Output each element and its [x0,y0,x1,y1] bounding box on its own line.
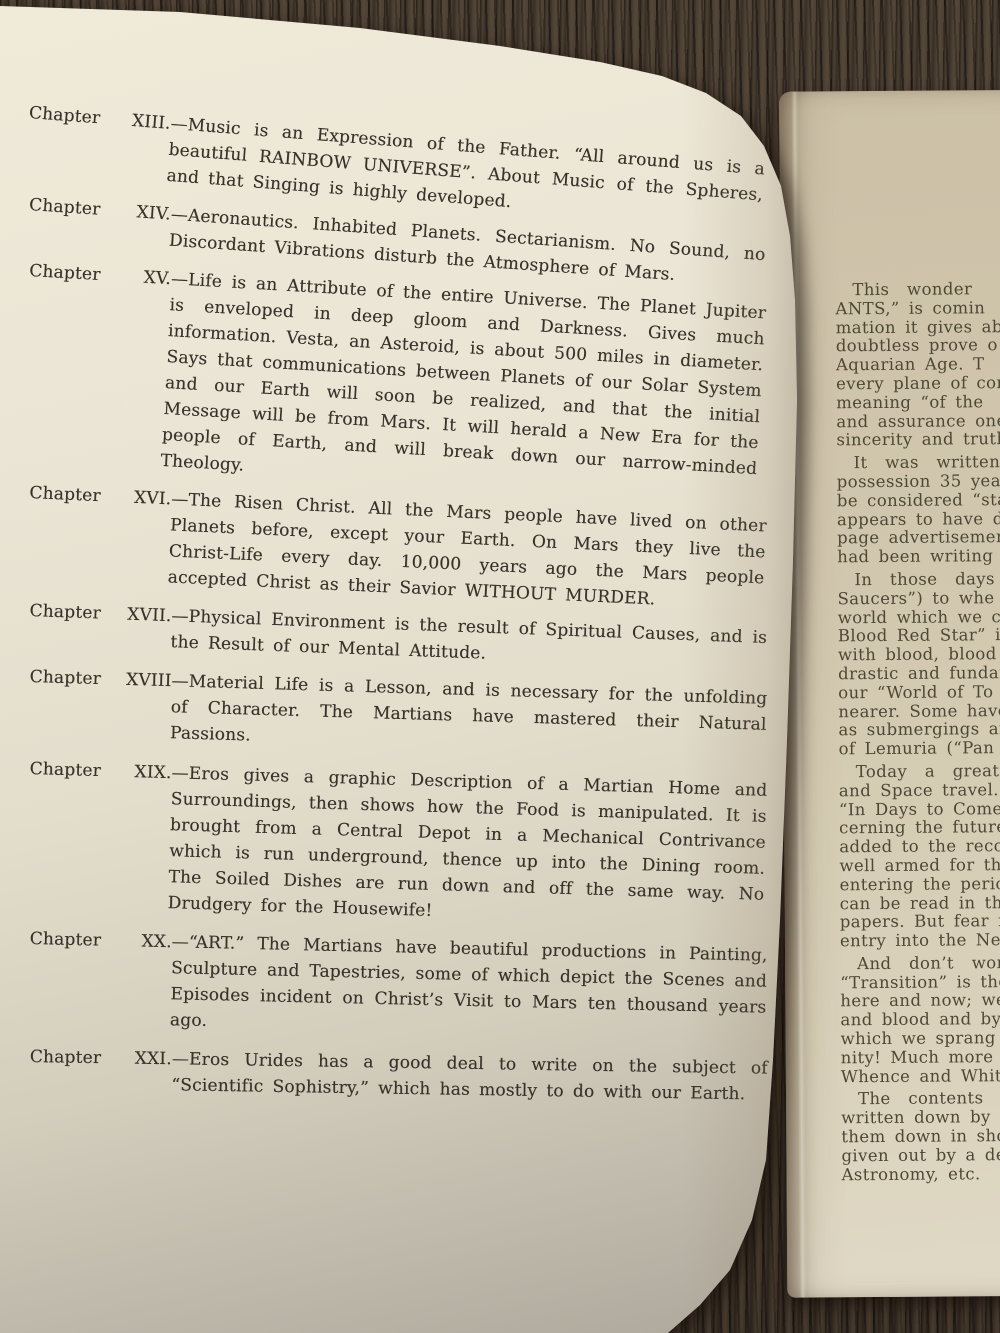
chapter-summary: Eros Urides has a good deal to write on … [171,1050,768,1105]
chapter-summary: Material Life is a Lesson, and is necess… [170,672,768,746]
left-page-wrap: ChapterXIII.—Music is an Expression of t… [0,0,1000,1333]
chapter-label: Chapter [28,100,106,132]
chapter-label: Chapter [29,664,106,692]
chapter-label: Chapter [29,756,106,784]
chapter-label: Chapter [29,598,106,627]
table-of-contents: ChapterXIII.—Music is an Expression of t… [30,100,768,1110]
chapter-summary: Eros gives a graphic Description of a Ma… [167,764,767,921]
toc-entry-xx: ChapterXX.—“ART.” The Martians have beau… [28,926,768,1047]
chapter-separator: — [170,205,189,226]
toc-entry-xxi: ChapterXXI.—Eros Urides has a good deal … [29,1044,768,1108]
chapter-numeral: XIV. [104,197,172,227]
toc-entry-xv: ChapterXV.—Life is an Attribute of the e… [18,258,767,508]
chapter-numeral: XVII. [105,601,172,629]
chapter-summary: “ART.” The Martians have beautiful produ… [170,933,768,1031]
chapter-numeral: XVIII [105,666,172,694]
book-photo: ChapterXIII.—Music is an Expression of t… [0,0,1000,1333]
chapter-label: Chapter [29,480,106,509]
chapter-summary: The Risen Christ. All the Mars people ha… [167,490,767,609]
chapter-numeral: XIII. [104,106,172,137]
chapter-separator: — [171,489,189,510]
chapter-label: Chapter [29,258,106,288]
chapter-numeral: XX. [105,928,172,955]
left-page: ChapterXIII.—Music is an Expression of t… [0,0,802,1333]
chapter-summary: Physical Environment is the result of Sp… [170,607,767,664]
chapter-separator: — [170,114,189,135]
chapter-separator: — [170,269,188,290]
chapter-summary: Music is an Expression of the Father. “A… [166,115,766,212]
toc-entry-xix: ChapterXIX.—Eros gives a graphic Descrip… [25,756,767,934]
chapter-label: Chapter [28,192,106,223]
chapter-numeral: XV. [104,262,171,292]
toc-entry-xviii: ChapterXVIII—Material Life is a Lesson, … [28,664,768,764]
chapter-separator: — [171,671,189,692]
chapter-separator: — [172,1049,190,1069]
chapter-numeral: XXI. [106,1045,172,1072]
chapter-summary: Life is an Attribute of the entire Unive… [160,270,767,479]
chapter-numeral: XVI. [105,483,172,512]
chapter-separator: — [171,932,189,952]
chapter-numeral: XIX. [105,758,172,786]
chapter-label: Chapter [30,1044,106,1071]
chapter-separator: — [171,606,189,627]
chapter-separator: — [171,763,189,784]
chapter-label: Chapter [29,926,106,954]
